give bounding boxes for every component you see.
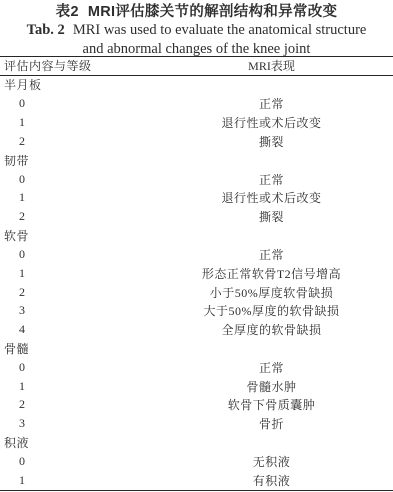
- table-row: 软骨: [0, 226, 393, 245]
- table-body: 半月板0正常1退行性或术后改变2撕裂韧带0正常1退行性或术后改变2撕裂软骨0正常…: [0, 76, 393, 490]
- section-label-cell: 韧带: [0, 152, 150, 169]
- mri-finding-cell: 小于50%厚度软骨缺损: [150, 284, 393, 301]
- mri-finding-cell: 全厚度的软骨缺损: [150, 321, 393, 338]
- table-row: 1退行性或术后改变: [0, 113, 393, 132]
- table-row: 2小于50%厚度软骨缺损: [0, 283, 393, 302]
- table-row: 0正常: [0, 170, 393, 189]
- grade-cell: 0: [0, 247, 150, 262]
- table-row: 0正常: [0, 245, 393, 264]
- grade-cell: 0: [0, 96, 150, 111]
- mri-finding-cell: 大于50%厚度的软骨缺损: [150, 302, 393, 319]
- table-row: 骨髓: [0, 339, 393, 358]
- table-header-row: 评估内容与等级 MRI表现: [0, 57, 393, 76]
- mri-finding-cell: 正常: [150, 171, 393, 188]
- table-caption-en-line1: Tab. 2MRI was used to evaluate the anato…: [0, 21, 393, 40]
- table-row: 0正常: [0, 358, 393, 377]
- mri-finding-cell: 撕裂: [150, 208, 393, 225]
- mri-finding-cell: 退行性或术后改变: [150, 189, 393, 206]
- table-row: 积液: [0, 433, 393, 452]
- table-caption-en-label: Tab. 2: [27, 22, 65, 38]
- table-caption-zh: 表2MRI评估膝关节的解剖结构和异常改变: [0, 0, 393, 21]
- column-header-content-grade: 评估内容与等级: [0, 57, 150, 74]
- mri-finding-cell: 无积液: [150, 453, 393, 470]
- table-caption-zh-label: 表2: [56, 4, 79, 20]
- table-row: 1退行性或术后改变: [0, 188, 393, 207]
- grade-cell: 3: [0, 416, 150, 431]
- grade-cell: 1: [0, 190, 150, 205]
- mri-evaluation-table: 评估内容与等级 MRI表现 半月板0正常1退行性或术后改变2撕裂韧带0正常1退行…: [0, 56, 393, 491]
- table-caption-zh-text: MRI评估膝关节的解剖结构和异常改变: [88, 4, 337, 20]
- grade-cell: 2: [0, 134, 150, 149]
- mri-finding-cell: 正常: [150, 95, 393, 112]
- table-row: 2软骨下骨质囊肿: [0, 396, 393, 415]
- grade-cell: 0: [0, 172, 150, 187]
- table-row: 半月板: [0, 76, 393, 95]
- grade-cell: 2: [0, 285, 150, 300]
- table-row: 0无积液: [0, 452, 393, 471]
- grade-cell: 1: [0, 379, 150, 394]
- paper-table-page: 表2MRI评估膝关节的解剖结构和异常改变 Tab. 2MRI was used …: [0, 0, 393, 492]
- grade-cell: 0: [0, 454, 150, 469]
- table-row: 2撕裂: [0, 207, 393, 226]
- grade-cell: 2: [0, 397, 150, 412]
- section-label-cell: 半月板: [0, 76, 150, 93]
- mri-finding-cell: 退行性或术后改变: [150, 114, 393, 131]
- mri-finding-cell: 有积液: [150, 472, 393, 489]
- grade-cell: 3: [0, 303, 150, 318]
- mri-finding-cell: 撕裂: [150, 133, 393, 150]
- table-row: 1形态正常软骨T2信号增高: [0, 264, 393, 283]
- grade-cell: 1: [0, 266, 150, 281]
- section-label-cell: 骨髓: [0, 340, 150, 357]
- mri-finding-cell: 形态正常软骨T2信号增高: [150, 265, 393, 282]
- table-row: 1骨髓水肿: [0, 377, 393, 396]
- table-row: 3大于50%厚度的软骨缺损: [0, 301, 393, 320]
- grade-cell: 0: [0, 360, 150, 375]
- mri-finding-cell: 骨髓水肿: [150, 378, 393, 395]
- grade-cell: 1: [0, 473, 150, 488]
- section-label-cell: 软骨: [0, 227, 150, 244]
- table-caption-en-text: MRI was used to evaluate the anatomical …: [73, 22, 367, 38]
- section-label-cell: 积液: [0, 434, 150, 451]
- grade-cell: 4: [0, 322, 150, 337]
- grade-cell: 1: [0, 115, 150, 130]
- table-row: 0正常: [0, 94, 393, 113]
- table-row: 4全厚度的软骨缺损: [0, 320, 393, 339]
- column-header-mri-finding: MRI表现: [150, 57, 393, 74]
- mri-finding-cell: 骨折: [150, 415, 393, 432]
- table-row: 2撕裂: [0, 132, 393, 151]
- table-row: 1有积液: [0, 471, 393, 490]
- mri-finding-cell: 正常: [150, 359, 393, 376]
- grade-cell: 2: [0, 209, 150, 224]
- table-caption-en: Tab. 2MRI was used to evaluate the anato…: [0, 21, 393, 58]
- table-row: 韧带: [0, 151, 393, 170]
- table-row: 3骨折: [0, 414, 393, 433]
- mri-finding-cell: 软骨下骨质囊肿: [150, 396, 393, 413]
- mri-finding-cell: 正常: [150, 246, 393, 263]
